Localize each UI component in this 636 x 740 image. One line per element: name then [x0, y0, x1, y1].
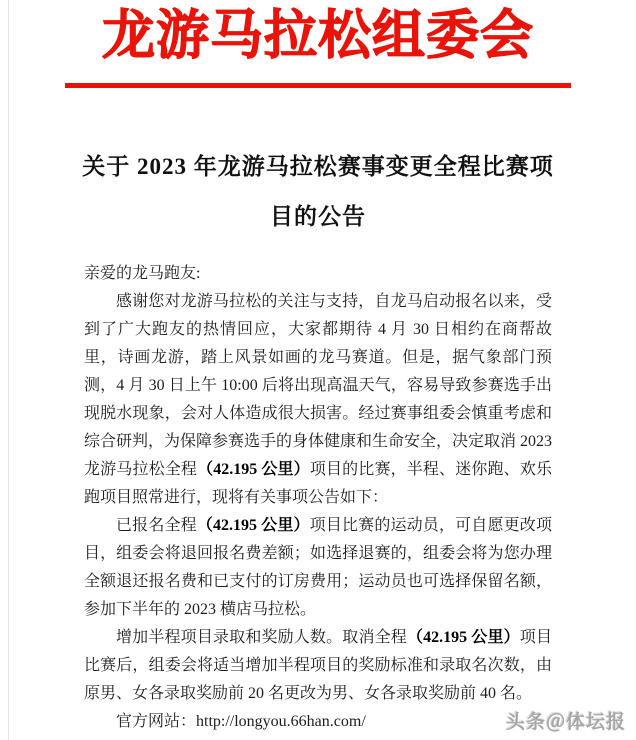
- page-edge-divider: [8, 0, 9, 740]
- organization-name: 龙游马拉松组委会: [0, 6, 636, 66]
- document-title: 关于 2023 年龙游马拉松赛事变更全程比赛项 目的公告: [40, 142, 596, 242]
- text-run: 感谢您对龙游马拉松的关注与支持，自龙马启动报名以来，受到了广大跑友的热情回应，大…: [84, 293, 552, 478]
- toutiao-watermark: 头条＠体坛报: [506, 707, 626, 734]
- letterhead-divider: [65, 83, 571, 88]
- document-body: 亲爱的龙马跑友: 感谢您对龙游马拉松的关注与支持，自龙马启动报名以来，受到了广大…: [84, 260, 552, 736]
- paragraph: 感谢您对龙游马拉松的关注与支持，自龙马启动报名以来，受到了广大跑友的热情回应，大…: [84, 288, 552, 512]
- paragraph-container: 感谢您对龙游马拉松的关注与支持，自龙马启动报名以来，受到了广大跑友的热情回应，大…: [84, 288, 552, 736]
- letterhead: 龙游马拉松组委会: [0, 6, 636, 88]
- bold-run: （42.195 公里）: [197, 517, 310, 534]
- bold-run: （42.195 公里）: [407, 629, 520, 646]
- announcement-page: 龙游马拉松组委会 关于 2023 年龙游马拉松赛事变更全程比赛项 目的公告 亲爱…: [0, 0, 636, 740]
- paragraph: 增加半程项目录取和奖励人数。取消全程（42.195 公里）项目比赛后，组委会将适…: [84, 624, 552, 708]
- document-title-line2: 目的公告: [40, 192, 596, 242]
- paragraph: 已报名全程（42.195 公里）项目比赛的运动员，可自愿更改项目，组委会将退回报…: [84, 512, 552, 624]
- paragraph: 官方网站：http://longyou.66han.com/: [84, 708, 552, 736]
- text-run: 已报名全程: [116, 517, 197, 534]
- text-run: 增加半程项目录取和奖励人数。取消全程: [116, 629, 407, 646]
- bold-run: （42.195 公里）: [197, 461, 310, 478]
- text-run: 官方网站：http://longyou.66han.com/: [116, 713, 366, 730]
- document-title-line1: 关于 2023 年龙游马拉松赛事变更全程比赛项: [40, 142, 596, 192]
- salutation: 亲爱的龙马跑友:: [84, 260, 552, 288]
